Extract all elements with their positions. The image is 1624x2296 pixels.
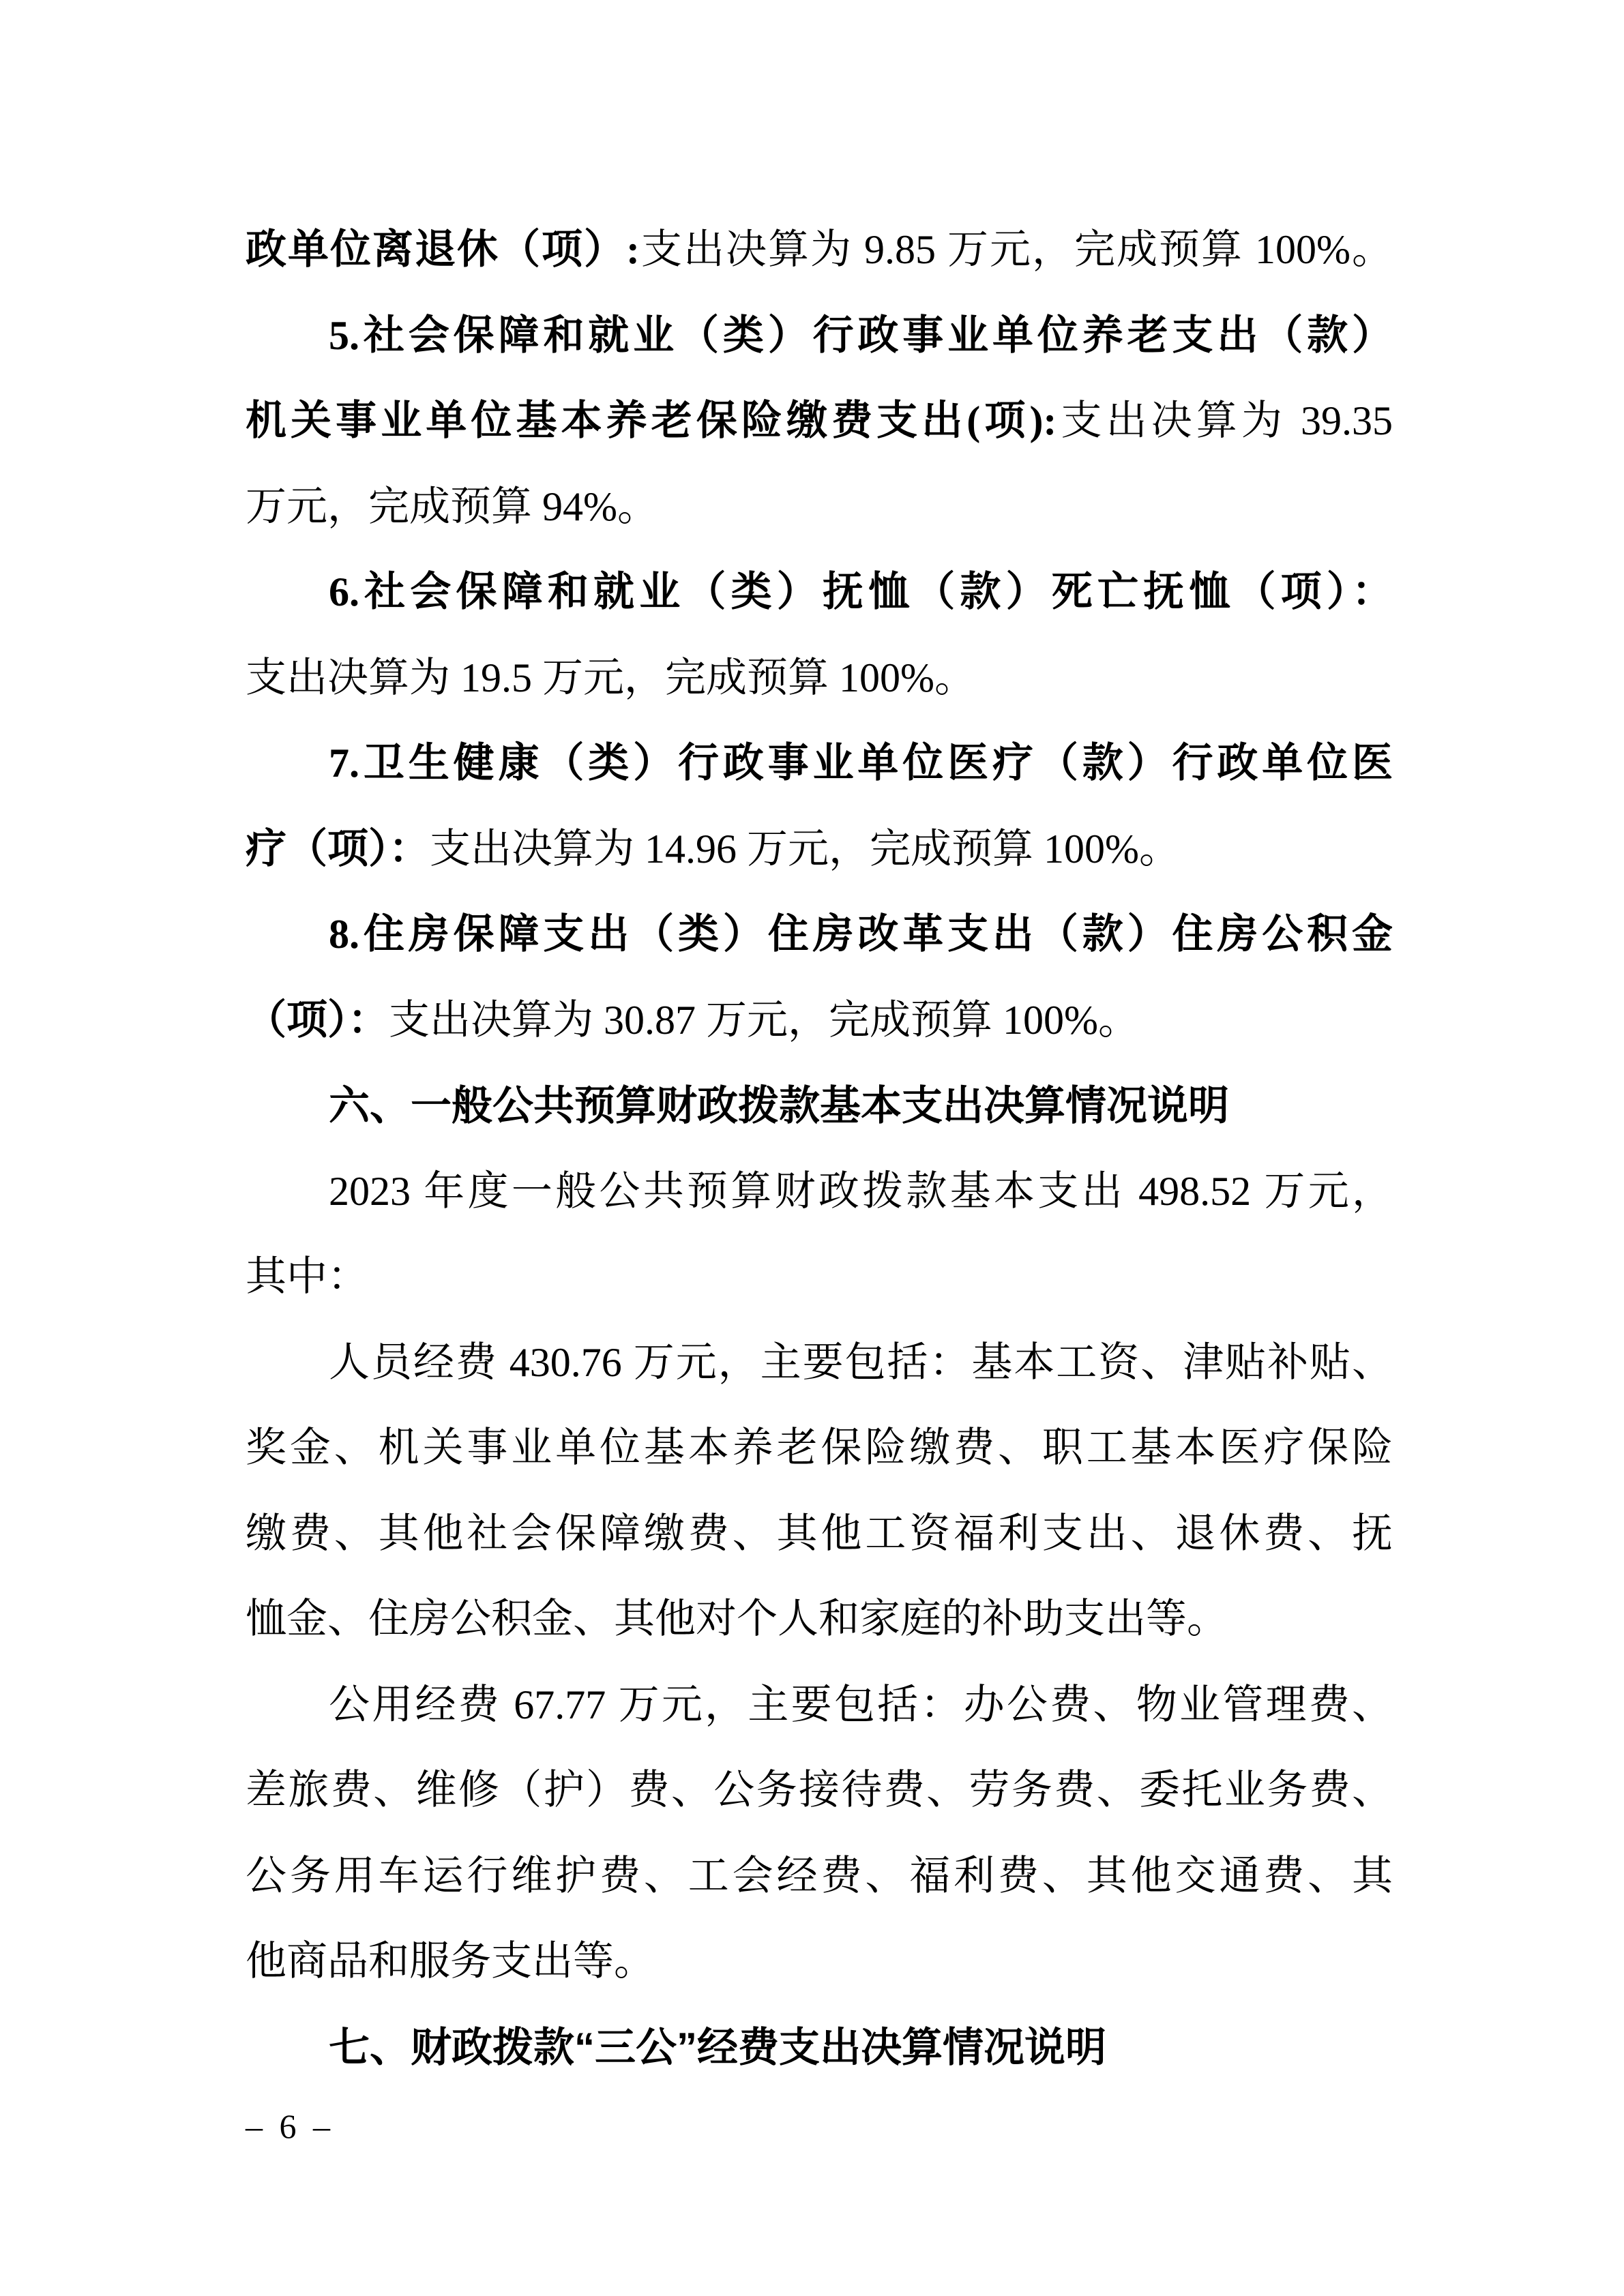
bold-text-segment: 5.社会保障和就业（类）行政事业单位养老支出（款） [329,313,1393,358]
text-segment: 奖金、机关事业单位基本养老保险缴费、职工基本医疗保险 [246,1425,1393,1470]
text-line: 支出决算为 19.5 万元，完成预算 100%。 [246,636,1393,721]
text-line: 恤金、住房公积金、其他对个人和家庭的补助支出等。 [246,1577,1393,1663]
text-segment: 公用经费 67.77 万元，主要包括：办公费、物业管理费、 [329,1682,1393,1727]
text-segment: 差旅费、维修（护）费、公务接待费、劳务费、委托业务费、 [246,1768,1393,1813]
text-line: 8.住房保障支出（类）住房改革支出（款）住房公积金 [246,892,1393,978]
text-line: 2023 年度一般公共预算财政拨款基本支出 498.52 万元， [246,1149,1393,1235]
bold-text-segment: 六、一般公共预算财政拨款基本支出决算情况说明 [329,1083,1229,1129]
text-block: 政单位离退休（项）:支出决算为 9.85 万元，完成预算 100%。5.社会保障… [246,207,1393,2090]
bold-text-segment: 6.社会保障和就业（类）抚恤（款）死亡抚恤（项）： [329,569,1393,614]
text-line: 公用经费 67.77 万元，主要包括：办公费、物业管理费、 [246,1663,1393,1748]
text-line: 万元，完成预算 94%。 [246,464,1393,550]
text-line: 他商品和服务支出等。 [246,1919,1393,2005]
text-segment: 支出决算为 30.87 万元，完成预算 100%。 [389,998,1139,1043]
page-number: – 6 – [246,2106,334,2147]
text-segment: 支出决算为 9.85 万元，完成预算 100%。 [640,227,1393,272]
text-segment: 支出决算为 14.96 万元，完成预算 100%。 [430,826,1180,871]
section-heading-line: 六、一般公共预算财政拨款基本支出决算情况说明 [246,1063,1393,1149]
text-segment: 万元，完成预算 94%。 [246,484,658,529]
text-segment: 恤金、住房公积金、其他对个人和家庭的补助支出等。 [246,1596,1228,1641]
bold-text-segment: 七、财政拨款“三公”经费支出决算情况说明 [329,2025,1106,2070]
text-segment: 2023 年度一般公共预算财政拨款基本支出 498.52 万元， [329,1169,1393,1214]
text-line: 奖金、机关事业单位基本养老保险缴费、职工基本医疗保险 [246,1405,1393,1491]
text-segment: 其中： [246,1254,368,1299]
text-line: 人员经费 430.76 万元，主要包括：基本工资、津贴补贴、 [246,1320,1393,1406]
document-page: 政单位离退休（项）:支出决算为 9.85 万元，完成预算 100%。5.社会保障… [0,0,1624,2296]
text-segment: 支出决算为 39.35 [1057,398,1393,443]
text-line: 差旅费、维修（护）费、公务接待费、劳务费、委托业务费、 [246,1748,1393,1834]
text-line: 公务用车运行维护费、工会经费、福利费、其他交通费、其 [246,1834,1393,1920]
text-segment: 公务用车运行维护费、工会经费、福利费、其他交通费、其 [246,1853,1393,1898]
bold-text-segment: 疗（项）： [246,826,430,871]
text-line: 7.卫生健康（类）行政事业单位医疗（款）行政单位医 [246,721,1393,807]
text-line: 6.社会保障和就业（类）抚恤（款）死亡抚恤（项）： [246,550,1393,636]
text-line: 5.社会保障和就业（类）行政事业单位养老支出（款） [246,293,1393,379]
bold-text-segment: 机关事业单位基本养老保险缴费支出(项): [246,398,1057,443]
text-segment: 他商品和服务支出等。 [246,1939,655,1984]
bold-text-segment: 7.卫生健康（类）行政事业单位医疗（款）行政单位医 [329,741,1393,786]
section-heading-line: 七、财政拨款“三公”经费支出决算情况说明 [246,2005,1393,2091]
bold-text-segment: 政单位离退休（项）: [246,227,640,272]
text-line: 政单位离退休（项）:支出决算为 9.85 万元，完成预算 100%。 [246,207,1393,293]
text-segment: 缴费、其他社会保障缴费、其他工资福利支出、退休费、抚 [246,1511,1393,1556]
text-line: 机关事业单位基本养老保险缴费支出(项):支出决算为 39.35 [246,378,1393,464]
text-line: 缴费、其他社会保障缴费、其他工资福利支出、退休费、抚 [246,1491,1393,1577]
text-line: 其中： [246,1234,1393,1320]
bold-text-segment: （项）： [246,998,389,1043]
text-line: 疗（项）：支出决算为 14.96 万元，完成预算 100%。 [246,807,1393,893]
text-line: （项）：支出决算为 30.87 万元，完成预算 100%。 [246,978,1393,1064]
text-segment: 人员经费 430.76 万元，主要包括：基本工资、津贴补贴、 [329,1340,1393,1385]
text-segment: 支出决算为 19.5 万元，完成预算 100%。 [246,655,975,700]
bold-text-segment: 8.住房保障支出（类）住房改革支出（款）住房公积金 [329,912,1393,957]
